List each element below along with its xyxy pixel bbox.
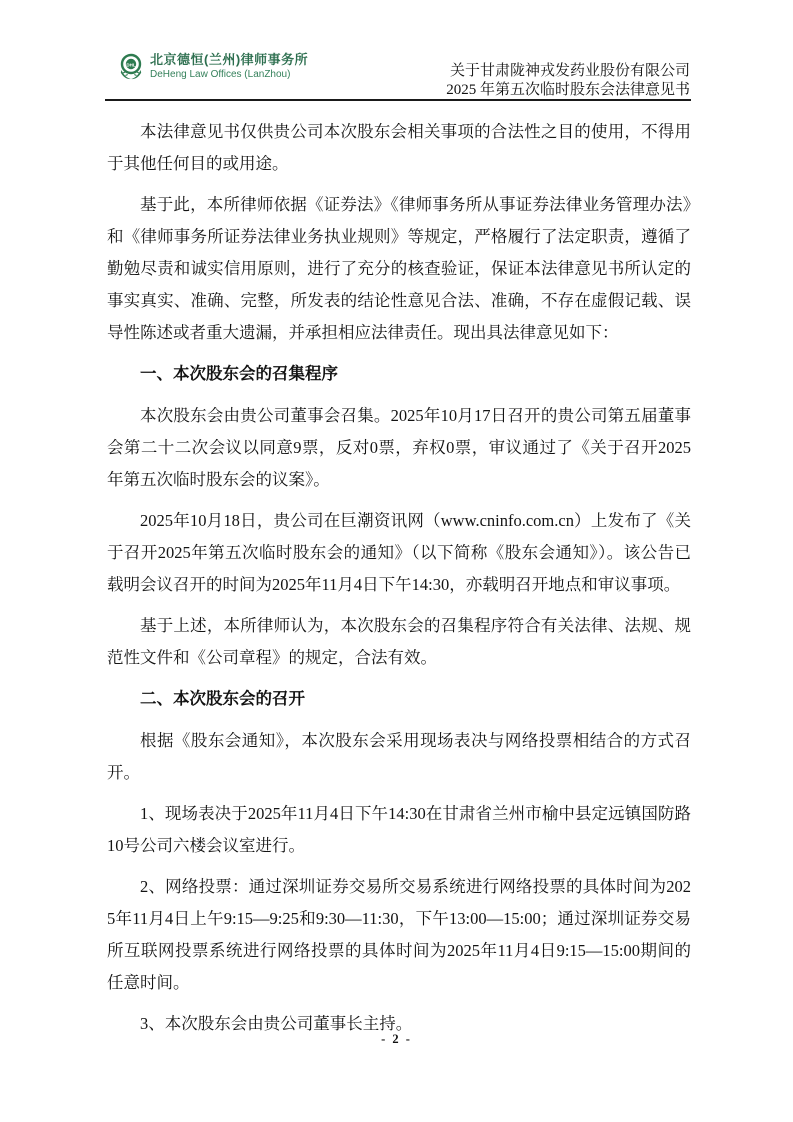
letterhead-firm-block: DHL 北京德恒(兰州)律师事务所 DeHeng Law Offices (La… <box>118 52 308 82</box>
firm-name-chinese: 北京德恒(兰州)律师事务所 <box>150 53 308 68</box>
header-title-line2: 2025 年第五次临时股东会法律意见书 <box>446 81 690 100</box>
body-paragraph: 2025年10月18日，贵公司在巨潮资讯网（www.cninfo.com.cn）… <box>107 505 691 601</box>
body-paragraph: 基于此，本所律师依据《证券法》《律师事务所从事证券法律业务管理办法》和《律师事务… <box>107 189 691 349</box>
document-body: 本法律意见书仅供贵公司本次股东会相关事项的合法性之目的使用，不得用于其他任何目的… <box>107 116 691 1049</box>
header-document-title: 关于甘肃陇神戎发药业股份有限公司 2025 年第五次临时股东会法律意见书 <box>446 62 690 99</box>
header-title-line1: 关于甘肃陇神戎发药业股份有限公司 <box>446 62 690 81</box>
firm-name-english: DeHeng Law Offices (LanZhou) <box>150 69 308 81</box>
page-number: - 2 - <box>381 1032 412 1046</box>
section-heading: 一、本次股东会的召集程序 <box>107 358 691 390</box>
law-firm-wreath-logo-icon: DHL <box>118 52 144 82</box>
page-footer: - 2 - <box>0 1032 793 1047</box>
body-paragraph: 根据《股东会通知》，本次股东会采用现场表决与网络投票相结合的方式召开。 <box>107 725 691 789</box>
body-paragraph: 本次股东会由贵公司董事会召集。2025年10月17日召开的贵公司第五届董事会第二… <box>107 400 691 496</box>
body-paragraph: 1、现场表决于2025年11月4日下午14:30在甘肃省兰州市榆中县定远镇国防路… <box>107 798 691 862</box>
body-paragraph: 本法律意见书仅供贵公司本次股东会相关事项的合法性之目的使用，不得用于其他任何目的… <box>107 116 691 180</box>
body-paragraph: 基于上述，本所律师认为，本次股东会的召集程序符合有关法律、法规、规范性文件和《公… <box>107 610 691 674</box>
body-paragraph: 2、网络投票：通过深圳证券交易所交易系统进行网络投票的具体时间为2025年11月… <box>107 871 691 999</box>
section-heading: 二、本次股东会的召开 <box>107 683 691 715</box>
header-rule <box>105 99 691 101</box>
svg-text:DHL: DHL <box>126 63 135 68</box>
document-page: DHL 北京德恒(兰州)律师事务所 DeHeng Law Offices (La… <box>0 0 793 1122</box>
firm-name-block: 北京德恒(兰州)律师事务所 DeHeng Law Offices (LanZho… <box>150 53 308 80</box>
